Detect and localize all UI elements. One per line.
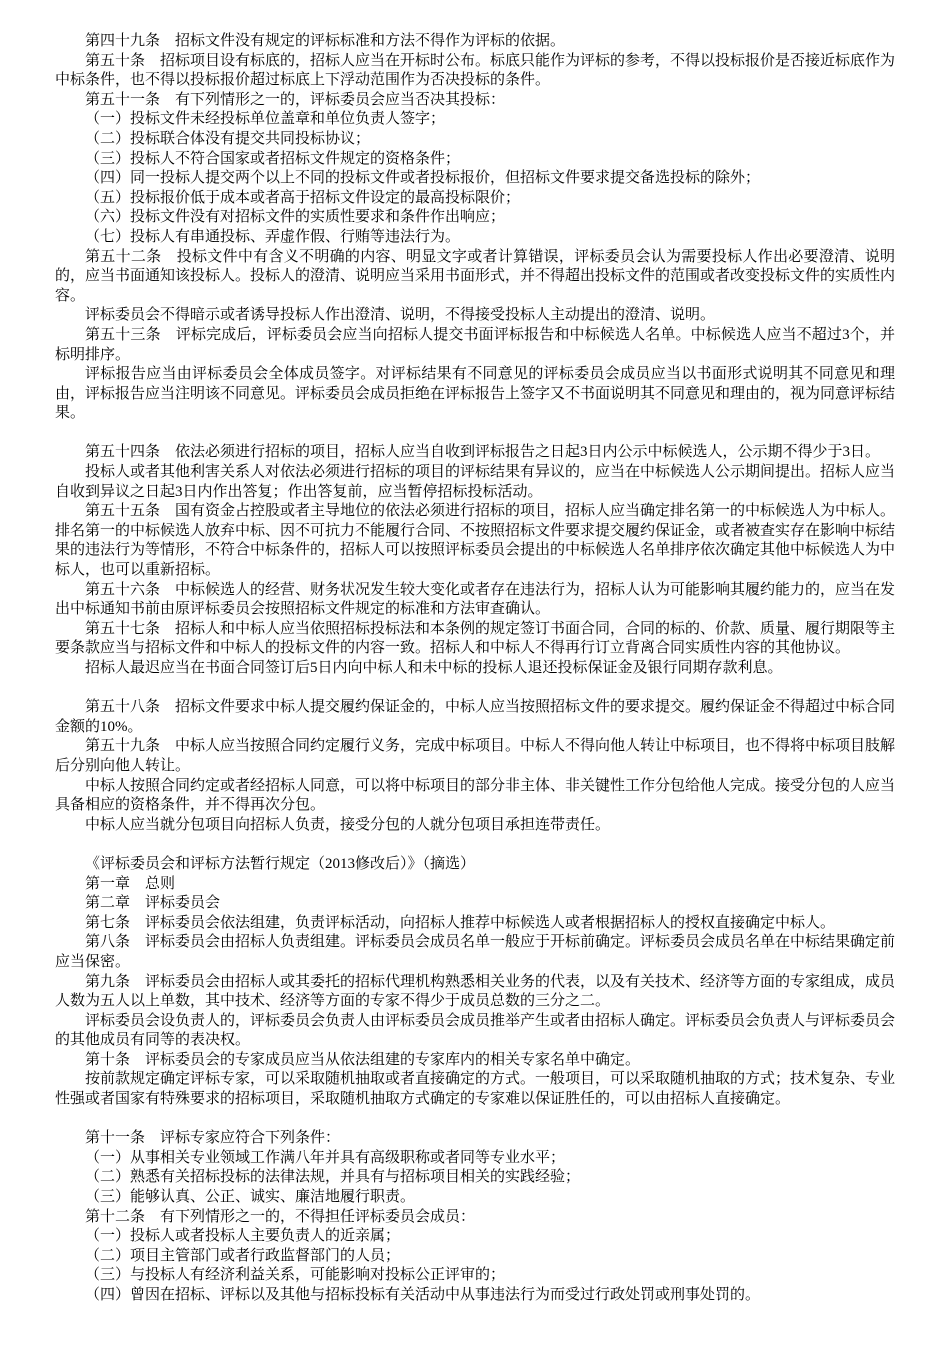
paragraph: （五）投标报价低于成本或者高于招标文件设定的最高投标限价； [55, 189, 895, 209]
paragraph: （一）投标人或者投标人主要负责人的近亲属； [55, 1227, 895, 1247]
paragraph: 第八条 评标委员会由招标人负责组建。评标委员会成员名单一般应于开标前确定。评标委… [55, 933, 895, 972]
paragraph: 第四十九条 招标文件没有规定的评标标准和方法不得作为评标的依据。 [55, 32, 895, 52]
paragraph: 第五十九条 中标人应当按照合同约定履行义务，完成中标项目。中标人不得向他人转让中… [55, 737, 895, 776]
paragraph: 评标报告应当由评标委员会全体成员签字。对评标结果有不同意见的评标委员会成员应当以… [55, 365, 895, 424]
paragraph: 按前款规定确定评标专家，可以采取随机抽取或者直接确定的方式。一般项目，可以采取随… [55, 1070, 895, 1109]
paragraph: 第十条 评标委员会的专家成员应当从依法组建的专家库内的相关专家名单中确定。 [55, 1051, 895, 1071]
paragraph: （四）曾因在招标、评标以及其他与招标投标有关活动中从事违法行为而受过行政处罚或刑… [55, 1286, 895, 1306]
paragraph: 第五十条 招标项目设有标底的，招标人应当在开标时公布。标底只能作为评标的参考，不… [55, 52, 895, 91]
paragraph: （二）项目主管部门或者行政监督部门的人员； [55, 1247, 895, 1267]
blank-line [55, 835, 895, 855]
paragraph: 第五十八条 招标文件要求中标人提交履约保证金的，中标人应当按照招标文件的要求提交… [55, 698, 895, 737]
paragraph: 第五十一条 有下列情形之一的，评标委员会应当否决其投标： [55, 91, 895, 111]
blank-line [55, 424, 895, 444]
paragraph: （四）同一投标人提交两个以上不同的投标文件或者投标报价，但招标文件要求提交备选投… [55, 169, 895, 189]
paragraph: （二）熟悉有关招标投标的法律法规，并具有与招标项目相关的实践经验； [55, 1168, 895, 1188]
paragraph: 第五十六条 中标候选人的经营、财务状况发生较大变化或者存在违法行为，招标人认为可… [55, 581, 895, 620]
paragraph: （三）能够认真、公正、诚实、廉洁地履行职责。 [55, 1188, 895, 1208]
paragraph: 第九条 评标委员会由招标人或其委托的招标代理机构熟悉相关业务的代表，以及有关技术… [55, 973, 895, 1012]
paragraph: 招标人最迟应当在书面合同签订后5日内向中标人和未中标的投标人退还投标保证金及银行… [55, 659, 895, 679]
paragraph: 中标人应当就分包项目向招标人负责，接受分包的人就分包项目承担连带责任。 [55, 816, 895, 836]
paragraph: 第五十四条 依法必须进行招标的项目，招标人应当自收到评标报告之日起3日内公示中标… [55, 443, 895, 463]
paragraph: 第五十二条 投标文件中有含义不明确的内容、明显文字或者计算错误，评标委员会认为需… [55, 248, 895, 307]
blank-line [55, 1110, 895, 1130]
paragraph: 第十二条 有下列情形之一的，不得担任评标委员会成员： [55, 1208, 895, 1228]
paragraph: 评标委员会设负责人的，评标委员会负责人由评标委员会成员推举产生或者由招标人确定。… [55, 1012, 895, 1051]
paragraph: （一）投标文件未经投标单位盖章和单位负责人签字； [55, 110, 895, 130]
paragraph: 第五十三条 评标完成后，评标委员会应当向招标人提交书面评标报告和中标候选人名单。… [55, 326, 895, 365]
paragraph: 评标委员会不得暗示或者诱导投标人作出澄清、说明，不得接受投标人主动提出的澄清、说… [55, 306, 895, 326]
paragraph: 第一章 总则 [55, 875, 895, 895]
paragraph: 投标人或者其他利害关系人对依法必须进行招标的项目的评标结果有异议的，应当在中标候… [55, 463, 895, 502]
paragraph: 第五十五条 国有资金占控股或者主导地位的依法必须进行招标的项目，招标人应当确定排… [55, 502, 895, 580]
paragraph: 第五十七条 招标人和中标人应当依照招标投标法和本条例的规定签订书面合同，合同的标… [55, 620, 895, 659]
paragraph: 第二章 评标委员会 [55, 894, 895, 914]
paragraph: （二）投标联合体没有提交共同投标协议； [55, 130, 895, 150]
paragraph: （一）从事相关专业领域工作满八年并具有高级职称或者同等专业水平； [55, 1149, 895, 1169]
paragraph: （三）与投标人有经济利益关系，可能影响对投标公正评审的； [55, 1266, 895, 1286]
paragraph: （三）投标人不符合国家或者招标文件规定的资格条件； [55, 150, 895, 170]
paragraph: 《评标委员会和评标方法暂行规定（2013修改后）》（摘选） [55, 855, 895, 875]
document-page: 第四十九条 招标文件没有规定的评标标准和方法不得作为评标的依据。第五十条 招标项… [0, 0, 950, 1345]
blank-line [55, 679, 895, 699]
paragraph: 第七条 评标委员会依法组建，负责评标活动，向招标人推荐中标候选人或者根据招标人的… [55, 914, 895, 934]
paragraph: （七）投标人有串通投标、弄虚作假、行贿等违法行为。 [55, 228, 895, 248]
paragraph: 第十一条 评标专家应符合下列条件： [55, 1129, 895, 1149]
paragraph: （六）投标文件没有对招标文件的实质性要求和条件作出响应； [55, 208, 895, 228]
paragraph: 中标人按照合同约定或者经招标人同意，可以将中标项目的部分非主体、非关键性工作分包… [55, 777, 895, 816]
